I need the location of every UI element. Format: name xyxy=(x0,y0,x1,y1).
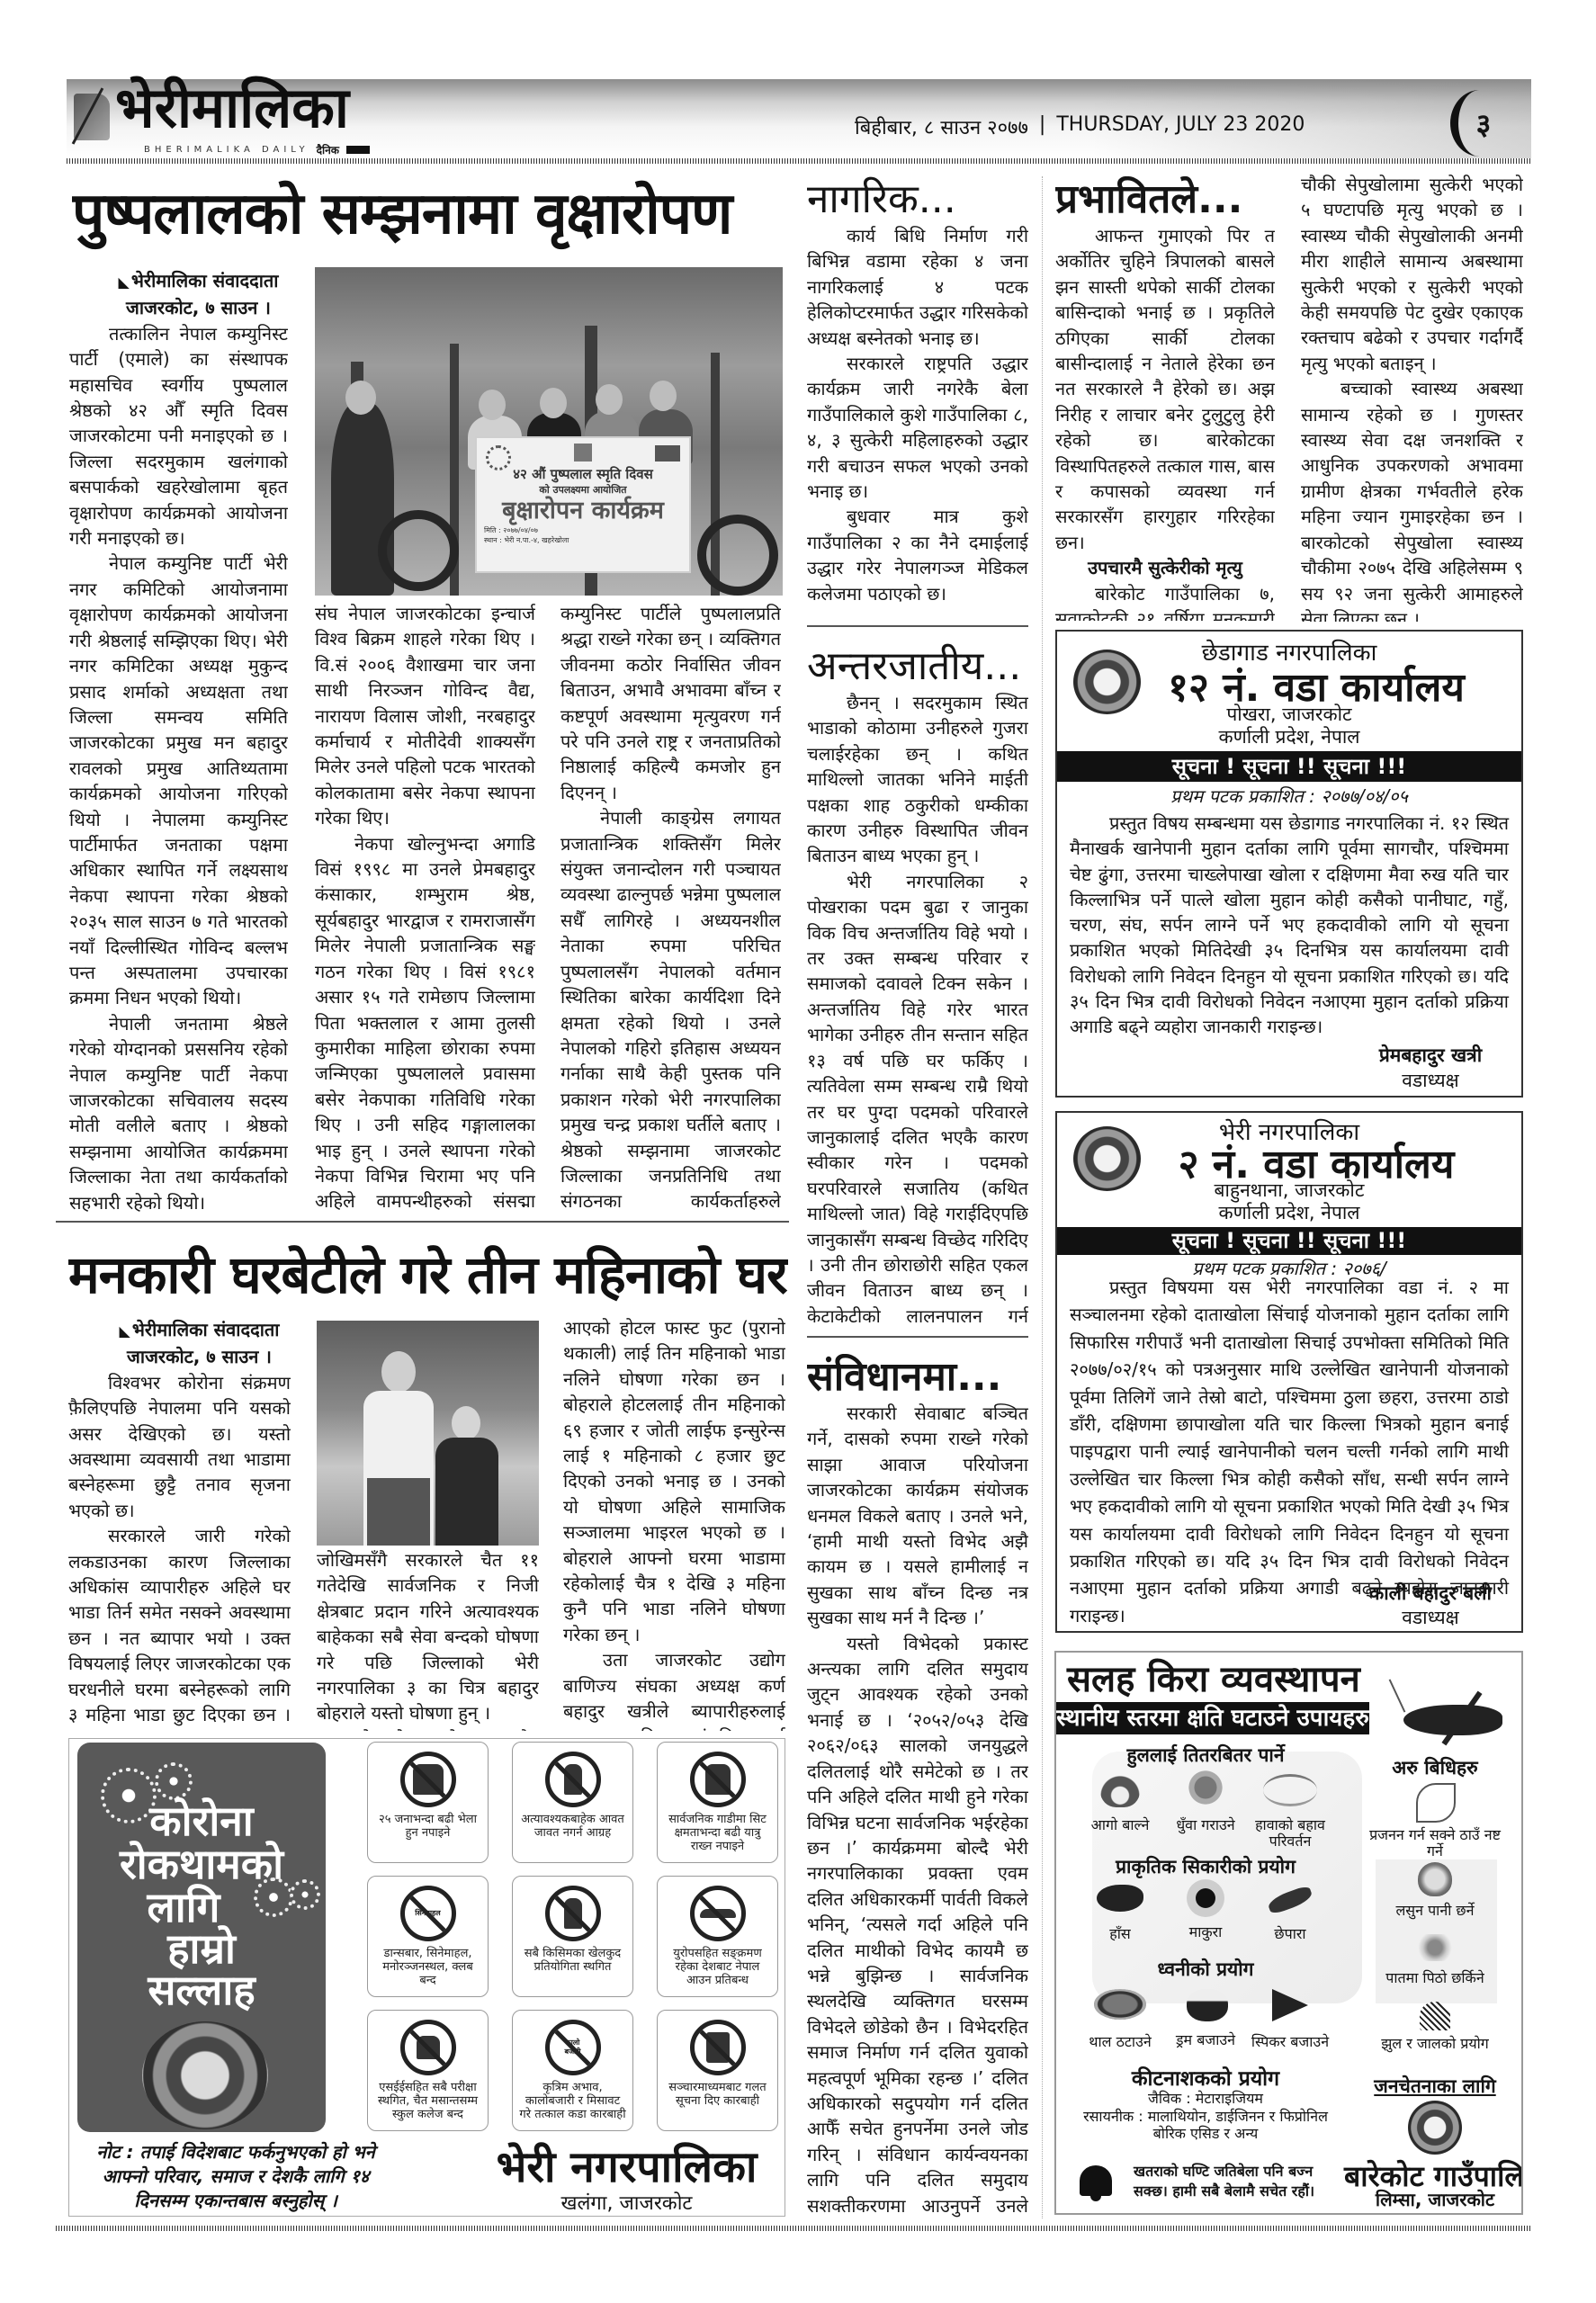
corona-ad-sponsor: भेरी नगरपालिका xyxy=(476,2142,777,2192)
notice-signer: प्रेमबहादुर खत्री xyxy=(1345,1044,1516,1068)
paragraph: सरकारी सेवाबाट बञ्चित गर्ने, दासको रुपमा… xyxy=(807,1401,1028,1631)
paragraph: उता जाजरकोट उद्योग बाणिज्य संघका अध्यक्ष… xyxy=(563,1647,785,1731)
logo-tag: दैनिक xyxy=(317,142,339,157)
awareness-label: जनचेतनाका लागि xyxy=(1367,2074,1502,2099)
plate-icon xyxy=(1094,1989,1146,2020)
photo-person-head xyxy=(479,390,506,420)
method-label: ड्रम बजाउने xyxy=(1161,2032,1251,2048)
notice-address-1: बाहुनथाना, जाजरकोट xyxy=(1057,1179,1521,1202)
paragraph: बारेकोट गाउँपालिका ७, सुवाकोटकी २१ वर्षि… xyxy=(1055,581,1275,621)
student-figure xyxy=(417,2036,440,2059)
net-icon xyxy=(1420,2002,1450,2030)
rule-text: सार्वजनिक गाडीमा सिट क्षमताभन्दा बढी यात… xyxy=(658,1807,777,1853)
locust-ad-sponsor-address: लिम्सा, जाजरकोट xyxy=(1367,2187,1502,2211)
landlord-couple-photo[interactable] xyxy=(317,1321,539,1546)
article1-headline[interactable]: पुष्पलालको सम्झनामा वृक्षारोपण xyxy=(72,178,787,250)
locust-ad-subtitle: स्थानीय स्तरमा क्षति घटाउने उपायहरु xyxy=(1056,1702,1369,1734)
nepal-emblem-icon xyxy=(1408,2101,1462,2155)
article2-dateline: जाजरकोट, ७ साउन । xyxy=(68,1344,291,1369)
warning-text: खतराको घण्टि जतिबेला पनि बज्न सक्छ। हामी… xyxy=(1134,2162,1327,2201)
no-flight-icon xyxy=(690,1886,746,1941)
paragraph: सरकारले जारी गरेको लकडाउनका कारण जिल्लाक… xyxy=(68,1523,291,1731)
pesticide-line: बोरिक एसिड र अन्य xyxy=(1071,2126,1340,2142)
corona-rule-card: सबै किसिमका खेलकुद प्रतियोगिता स्थगित xyxy=(512,1876,633,1997)
garlic-icon xyxy=(1418,1862,1452,1896)
banner-title: बृक्षारोपन कार्यक्रम xyxy=(477,497,689,525)
byline-text: भेरीमालिका संवाददाता xyxy=(131,270,279,291)
locust-management-ad: सलह किरा व्यवस्थापन स्थानीय स्तरमा क्षति… xyxy=(1054,1651,1523,2215)
paragraph: तत्कालिन नेपाल कम्युनिस्ट पार्टी (एमाले)… xyxy=(69,321,288,551)
section-pesticide-label: कीटनाशकको प्रयोग xyxy=(1071,2063,1340,2092)
paragraph: बच्चाको स्वास्थ्य अबस्था सामान्य रहेको छ… xyxy=(1301,376,1523,622)
photo-person-head xyxy=(381,1351,416,1393)
pesticide-line: रसायनीक : मालाथियोन, डाईजिनन र फिप्रोनिल xyxy=(1062,2109,1349,2125)
banner-place: स्थान : भेरी न.पा.-४, खहरेखोला xyxy=(477,535,689,545)
article2-column-2: जोखिमसँगै सरकारले चैत ११ गतेदेखि सार्वजन… xyxy=(317,1547,539,1731)
paragraph: कार्य बिधि निर्माण गरी बिभिन्न वडामा रहे… xyxy=(807,223,1028,351)
jump-nagarik: नागरिक... कार्य बिधि निर्माण गरी बिभिन्न… xyxy=(807,176,1028,608)
logo-subtitle: BHERIMALIKA DAILY दैनिक xyxy=(144,142,370,157)
rule-text: अत्यावश्यकबाहेक आवत जावत नगर्न आग्रह xyxy=(513,1807,632,1840)
notice-body: प्रस्तुत विषय सम्बन्धमा यस छेडागाड नगरपा… xyxy=(1070,811,1509,1040)
photo-person-head xyxy=(452,1406,480,1440)
jump-heading-nagarik[interactable]: नागरिक... xyxy=(807,176,1028,223)
paragraph: नेकपा खोल्नुभन्दा अगाडि विसं १९९८ मा उनल… xyxy=(315,831,535,1216)
paragraph: छैनन् । सदरमुकाम स्थित भाडाको कोठामा उनी… xyxy=(807,690,1028,869)
party-logo-icon xyxy=(486,445,511,470)
page-number: ३ xyxy=(1450,90,1509,157)
rule-text: एसईईसहित सबै परीक्षा स्थगित, चैत मसान्तस… xyxy=(368,2075,488,2121)
jump-divider xyxy=(807,1336,1028,1338)
no-walking-icon xyxy=(545,1752,601,1807)
locust-ad-title: सलह किरा व्यवस्थापन xyxy=(1067,1658,1360,1701)
corona-title-panel: कोरोना रोकथामको लागि हाम्रो सल्लाह xyxy=(77,1743,326,2132)
corona-rule-card: सञ्चारमाध्यमबाट गलत सूचना दिए कारबाही xyxy=(657,2010,778,2131)
article2-column-1: ◣भेरीमालिका संवाददाता जाजरकोट, ७ साउन । … xyxy=(68,1317,291,1731)
corona-rule-card: सिनेमाहल डान्सबार, सिनेमाहल, मनोरञ्जनस्थ… xyxy=(367,1876,489,1997)
newspaper-logo[interactable]: भेरीमालिका xyxy=(115,76,349,140)
corona-title-line: रोकथामको xyxy=(77,1843,326,1886)
black-market-label-1: कालो xyxy=(566,2039,580,2048)
banner-date: मिति : २०७७/०४/०७ xyxy=(477,525,689,535)
article1-column-1: ◣भेरीमालिका संवाददाता जाजरकोट, ७ साउन । … xyxy=(69,268,288,1214)
corona-title-line: कोरोना xyxy=(77,1800,326,1842)
paragraph: बुधवार मात्र कुशे गाउँपालिका २ का नैने द… xyxy=(807,504,1028,606)
corona-title-line: सल्लाह xyxy=(77,1969,326,2012)
jump-antarjatiya: अन्तरजातीय... छैनन् । सदरमुकाम स्थित भाड… xyxy=(807,643,1028,1322)
logo-mark-icon xyxy=(74,94,110,140)
method-label: आगो बाल्ने xyxy=(1075,1817,1165,1833)
masthead-divider xyxy=(67,158,1531,164)
cinema-icon-label: सिनेमाहल xyxy=(415,1909,440,1918)
no-crowd-icon xyxy=(400,1752,456,1807)
rule-text: कृत्रिम अभाव, कालोबजारी र मिसावट गरे तत्… xyxy=(513,2075,632,2121)
byline-text: भेरीमालिका संवाददाता xyxy=(132,1319,280,1340)
notice-published-date: प्रथम पटक प्रकाशित : २०७७/०४/०५ xyxy=(1057,784,1521,808)
corona-rule-card: युरोपसहित सङ्क्रमण रहेका देशबाट नेपाल आउ… xyxy=(657,1876,778,1997)
flour-icon xyxy=(1415,1934,1455,1961)
method-label: लसुन पानी छर्ने xyxy=(1372,1903,1498,1919)
black-market-label-2: बजारी xyxy=(565,2048,581,2057)
no-sports-icon xyxy=(545,1886,601,1941)
notice-signer-title: वडाध्यक्ष xyxy=(1345,1069,1516,1093)
notice-body: प्रस्तुत विषयमा यस भेरी नगरपालिका वडा नं… xyxy=(1070,1274,1509,1629)
duck-icon xyxy=(1097,1885,1143,1912)
jump-heading-antarjatiya[interactable]: अन्तरजातीय... xyxy=(807,643,1028,690)
jump-sambidhan: संविधानमा... सरकारी सेवाबाट बञ्चित गर्ने… xyxy=(807,1354,1028,2219)
article1-dateline: जाजरकोट, ७ साउन । xyxy=(69,295,288,320)
method-label: छेपारा xyxy=(1245,1926,1335,1942)
paragraph: कम्युनिस्ट पार्टीले पुष्पलालप्रति श्रद्ध… xyxy=(560,601,781,805)
article2-column-3: आएको होटल फास्ट फुट (पुरानो थकाली) लाई त… xyxy=(563,1315,785,1731)
footballer-figure xyxy=(564,1898,582,1929)
date-nepali: बिहीबार, ८ साउन २०७७ xyxy=(855,113,1028,140)
logo-subtitle-english: BHERIMALIKA DAILY xyxy=(144,145,309,155)
method-label: प्रजनन गर्न सक्ने ठाउँ नष्ट गर्ने xyxy=(1367,1827,1502,1859)
motorbike-wheel xyxy=(378,510,459,591)
other-methods-label: अरु बिधिहरु xyxy=(1372,1755,1498,1780)
public-notice-chhedagad: छेडागाड नगरपालिका १२ नं. वडा कार्यालय पो… xyxy=(1055,630,1523,1098)
corona-ad-sponsor-address: खलंगा, जाजरकोट xyxy=(476,2189,777,2216)
paragraph: नेपाल कम्युनिष्ट पार्टी भेरी नगर कमिटिको… xyxy=(69,551,288,1010)
method-label: स्पिकर बजाउने xyxy=(1245,2034,1335,2050)
airplane-figure xyxy=(700,1909,736,1918)
grasshopper-antenna xyxy=(1389,1679,1406,1712)
nepal-emblem-icon xyxy=(142,2021,268,2129)
article1-column-3: कम्युनिस्ट पार्टीले पुष्पलालप्रति श्रद्ध… xyxy=(560,601,781,1216)
motorbike-wheel xyxy=(697,515,778,596)
column-divider xyxy=(1042,176,1043,2218)
notice-address-2: कर्णाली प्रदेश, नेपाल xyxy=(1057,726,1521,748)
rule-text: २५ जनाभन्दा बढी भेला हुन नपाइने xyxy=(368,1807,488,1840)
date-separator: | xyxy=(1039,113,1045,140)
banner-line1: ४२ औं पुष्पलाल स्मृति दिवस xyxy=(477,465,689,483)
photo-person-head xyxy=(596,384,623,415)
passenger-figure xyxy=(705,1764,731,1795)
megaphone-icon xyxy=(1272,1989,1308,2021)
corona-rule-card: एसईईसहित सबै परीक्षा स्थगित, चैत मसान्तस… xyxy=(367,2010,489,2131)
paragraph: सरकारले राष्ट्रपति उद्धार कार्यक्रम जारी… xyxy=(807,351,1028,504)
paragraph: नेपाली जनतामा श्रेष्ठले गरेको योग्दानको … xyxy=(69,1011,288,1214)
portrait-icon xyxy=(574,444,592,461)
crowd-figure xyxy=(413,1764,444,1795)
banner-line2: को उपलक्ष्यमा आयोजित xyxy=(477,483,689,497)
corona-quarantine-note: नोट : तपाई विदेशबाट फर्कनुभएको हो भने आफ… xyxy=(78,2140,393,2213)
photo-banner: ४२ औं पुष्पलाल स्मृति दिवस को उपलक्ष्यमा… xyxy=(475,436,691,573)
jump-heading-prabhavit[interactable]: प्रभावितले... xyxy=(1055,176,1275,223)
section-disperse-label: हुललाई तितरबितर पार्ने xyxy=(1116,1743,1296,1768)
wind-icon xyxy=(1263,1774,1317,1806)
corona-title-line: लागि xyxy=(77,1886,290,1929)
issue-date: बिहीबार, ८ साउन २०७७ | THURSDAY, JULY 23… xyxy=(855,113,1305,140)
no-exam-icon xyxy=(400,2020,456,2075)
bell-icon xyxy=(1080,2165,1112,2196)
no-cinema-icon: सिनेमाहल xyxy=(400,1886,456,1941)
date-english: THURSDAY, JULY 23 2020 xyxy=(1056,113,1305,140)
notice-banner: सूचना ! सूचना !! सूचना !!! xyxy=(1057,1227,1521,1255)
paragraph: जोखिमसँगै सरकारले चैत ११ गतेदेखि सार्वजन… xyxy=(317,1547,539,1726)
virus-icon xyxy=(155,1762,193,1800)
corona-advice-ad: कोरोना रोकथामको लागि हाम्रो सल्लाह २५ जन… xyxy=(68,1738,785,2217)
paragraph: यस्तो विभेदको प्रकास्ट अन्त्यका लागि दलि… xyxy=(807,1631,1028,2219)
paragraph: बोहराले आफनो घरमा बस्दै xyxy=(317,1726,539,1731)
article2-byline: ◣भेरीमालिका संवाददाता xyxy=(68,1317,291,1344)
paragraph: आफन्त गुमाएको पिर त अर्कोतिर चुहिने त्रि… xyxy=(1055,223,1275,555)
method-label: हाँस xyxy=(1075,1926,1165,1942)
paragraph: भेरी नगरपालिका २ पोखराका पदम बुढा र जानु… xyxy=(807,869,1028,1322)
drum-icon xyxy=(1187,1989,1228,2021)
grasshopper-icon xyxy=(1387,1678,1513,1757)
method-label: माकुरा xyxy=(1161,1924,1251,1940)
spider-icon xyxy=(1196,1888,1215,1908)
subheading: उपचारमै सुत्केरीको मृत्यु xyxy=(1055,555,1275,580)
paragraph: नेपाली काङ्ग्रेस लगायत प्रजातान्त्रिक शक… xyxy=(560,805,781,1216)
section-divider xyxy=(56,1221,789,1223)
byline-triangle-icon: ◣ xyxy=(120,1322,130,1340)
jump-prabhavit-col1: प्रभावितले... आफन्त गुमाएको पिर त अर्कोत… xyxy=(1055,176,1275,621)
byline-triangle-icon: ◣ xyxy=(119,273,130,291)
corona-rule-card: अत्यावश्यकबाहेक आवत जावत नगर्न आग्रह xyxy=(512,1742,633,1863)
jump-divider xyxy=(807,625,1028,627)
paragraph: चौकी सेपुखोलामा सुत्केरी भएको ५ घण्टापछि… xyxy=(1301,172,1523,376)
fire-icon xyxy=(1100,1768,1140,1807)
photo-person-head xyxy=(540,388,567,418)
rule-text: डान्सबार, सिनेमाहल, मनोरञ्जनस्थल, क्लब ब… xyxy=(368,1941,488,1987)
jump-heading-sambidhan[interactable]: संविधानमा... xyxy=(807,1354,1028,1401)
party-flag-icon xyxy=(655,445,680,461)
method-label: थाल ठटाउने xyxy=(1075,2034,1165,2050)
breeding-site-icon xyxy=(1416,1783,1456,1823)
photo-trousers xyxy=(367,1478,430,1546)
no-misinformation-icon xyxy=(690,2020,746,2075)
no-standing-passengers-icon xyxy=(690,1752,746,1807)
corona-rule-card: कालो बजारी कृत्रिम अभाव, कालोबजारी र मिस… xyxy=(512,2010,633,2131)
rule-text: युरोपसहित सङ्क्रमण रहेका देशबाट नेपाल आउ… xyxy=(658,1941,777,1987)
corona-rule-card: सार्वजनिक गाडीमा सिट क्षमताभन्दा बढी यात… xyxy=(657,1742,778,1863)
method-label: झुल र जालको प्रयोग xyxy=(1367,2036,1502,2052)
pesticide-line: जैविक : मेटाराइजियम xyxy=(1071,2091,1340,2107)
photo-person xyxy=(435,1438,498,1546)
method-label: धुँवा गराउने xyxy=(1161,1817,1251,1833)
notice-address-2: कर्णाली प्रदेश, नेपाल xyxy=(1057,1202,1521,1224)
tree-plantation-photo[interactable]: ४२ औं पुष्पलाल स्मृति दिवस को उपलक्ष्यमा… xyxy=(315,267,783,596)
article2-headline[interactable]: मनकारी घरबेटीले गरे तीन महिनाको घरभाडा छ… xyxy=(68,1241,788,1308)
article1-byline: ◣भेरीमालिका संवाददाता xyxy=(69,268,288,295)
phone-figure xyxy=(706,2032,730,2063)
notice-banner: सूचना ! सूचना !! सूचना !!! xyxy=(1057,751,1521,782)
paragraph: संघ नेपाल जाजरकोटका इन्चार्ज विश्व बिक्र… xyxy=(315,601,535,831)
paragraph: विश्वभर कोरोना संक्रमण फ़ैलिएपछि नेपालमा… xyxy=(68,1370,291,1523)
paragraph: आएको होटल फास्ट फुट (पुरानो थकाली) लाई त… xyxy=(563,1315,785,1647)
article1-column-2: संघ नेपाल जाजरकोटका इन्चार्ज विश्व बिक्र… xyxy=(315,601,535,1216)
jump-prabhavit-col2: चौकी सेपुखोलामा सुत्केरी भएको ५ घण्टापछि… xyxy=(1301,172,1523,622)
corona-title-line: हाम्रो xyxy=(77,1928,326,1970)
page-bottom-divider xyxy=(56,2226,1531,2231)
notice-signer-title: वडाध्यक्ष xyxy=(1345,1606,1516,1630)
no-black-market-icon: कालो बजारी xyxy=(545,2020,601,2075)
photo-person-head xyxy=(345,381,376,415)
rule-text: सबै किसिमका खेलकुद प्रतियोगिता स्थगित xyxy=(513,1941,632,1974)
method-label: हावाको बहाव परिवर्तन xyxy=(1250,1817,1331,1850)
smoke-icon xyxy=(1188,1767,1224,1808)
notice-address-1: पोखरा, जाजरकोट xyxy=(1057,703,1521,726)
rule-text: सञ्चारमाध्यमबाट गलत सूचना दिए कारबाही xyxy=(658,2075,777,2108)
photo-person-head xyxy=(650,381,677,411)
walking-figure xyxy=(564,1764,582,1795)
public-notice-bheri: भेरी नगरपालिका २ नं. वडा कार्यालय बाहुनथ… xyxy=(1055,1111,1523,1633)
corona-rule-card: २५ जनाभन्दा बढी भेला हुन नपाइने xyxy=(367,1742,489,1863)
notice-org: छेडागाड नगरपालिका xyxy=(1057,639,1521,668)
section-sound-label: ध्वनीको प्रयोग xyxy=(1116,1957,1296,1982)
method-label: पातमा पिठो छर्किने xyxy=(1372,1970,1498,1986)
logo-bar xyxy=(346,146,370,154)
notice-signer: काली बहादुर बली xyxy=(1345,1582,1516,1606)
section-predators-label: प्राकृतिक सिकारीको प्रयोग xyxy=(1107,1854,1305,1879)
